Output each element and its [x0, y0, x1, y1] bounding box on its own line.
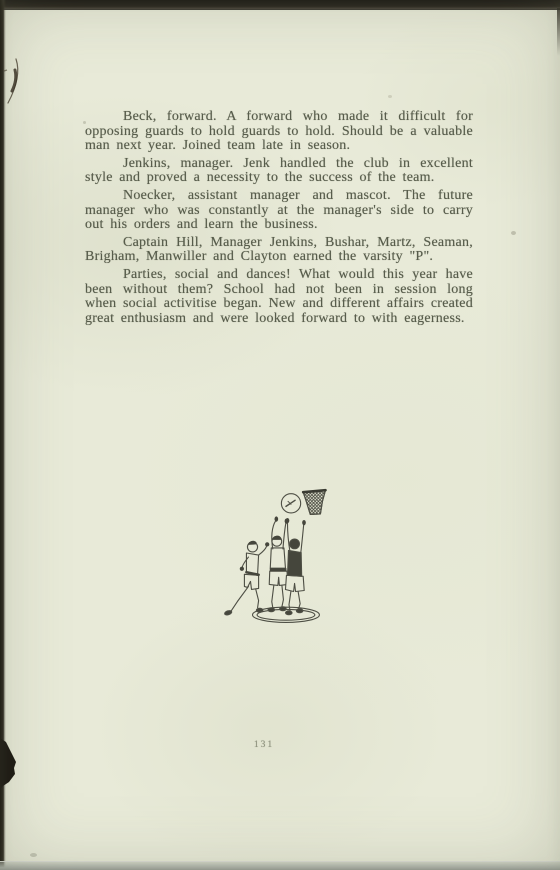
scan-edge-bottom [0, 861, 560, 870]
paper-speck [511, 231, 516, 235]
paragraph-beck: Beck, forward. A forward who made it dif… [85, 110, 473, 154]
basketball-illustration [213, 477, 365, 629]
paper-speck [388, 95, 392, 98]
paragraph-parties: Parties, social and dances! What would t… [85, 268, 473, 326]
page-text: Beck, forward. A forward who made it dif… [85, 110, 473, 329]
scanned-page: Beck, forward. A forward who made it dif… [0, 0, 560, 870]
page-number: 131 [234, 740, 294, 750]
paragraph-noecker: Noecker, assistant manager and mascot. T… [85, 189, 473, 233]
paper-speck [30, 853, 37, 857]
hair-mark-artifact [3, 56, 25, 108]
scan-edge-top [0, 0, 560, 10]
paragraph-varsity: Captain Hill, Manager Jenkins, Bushar, M… [85, 236, 473, 265]
paragraph-jenkins: Jenkins, manager. Jenk handled the club … [85, 157, 473, 186]
ink-blob-artifact [0, 733, 20, 793]
basketball-icon [281, 494, 300, 513]
player-jumper-left [268, 516, 288, 611]
basket-net-icon [303, 490, 325, 514]
player-defender [224, 541, 269, 616]
player-jumper-right [285, 518, 305, 615]
